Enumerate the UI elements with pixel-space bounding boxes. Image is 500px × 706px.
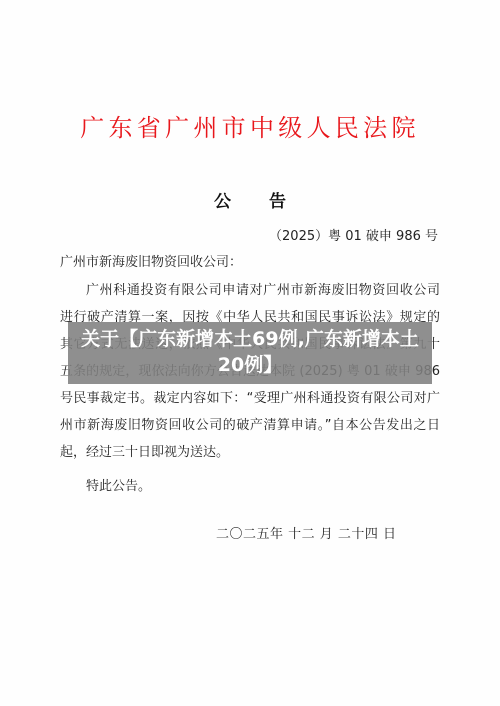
body-line: 州市新海废旧物资回收公司的破产清算申请。”自本公告发出之日	[60, 417, 440, 444]
notice-heading-char-2: 告	[269, 190, 286, 214]
case-number: （2025）粤 01 破申 986 号	[269, 228, 438, 246]
issue-date: 二〇二五年 十二 月 二十四 日	[216, 526, 397, 544]
body-line: 号民事裁定书。裁定内容如下：“受理广州科通投资有限公司对广	[60, 390, 440, 417]
overlay-title: 关于【广东新增本土69例,广东新增本土20例】	[68, 322, 432, 378]
notice-heading: 公告	[0, 190, 500, 214]
addressee: 广州市新海废旧物资回收公司：	[60, 254, 242, 272]
body-line: 起，经过三十日即视为送达。	[60, 444, 440, 471]
court-name: 广东省广州市中级人民法院	[0, 112, 500, 144]
body-line: 广州科通投资有限公司申请对广州市新海废旧物资回收公司	[60, 282, 440, 309]
notice-heading-char-1: 公	[214, 190, 231, 214]
notice-document: 广东省广州市中级人民法院 公告 （2025）粤 01 破申 986 号 广州市新…	[0, 0, 500, 706]
closing-text: 特此公告。	[86, 478, 151, 496]
